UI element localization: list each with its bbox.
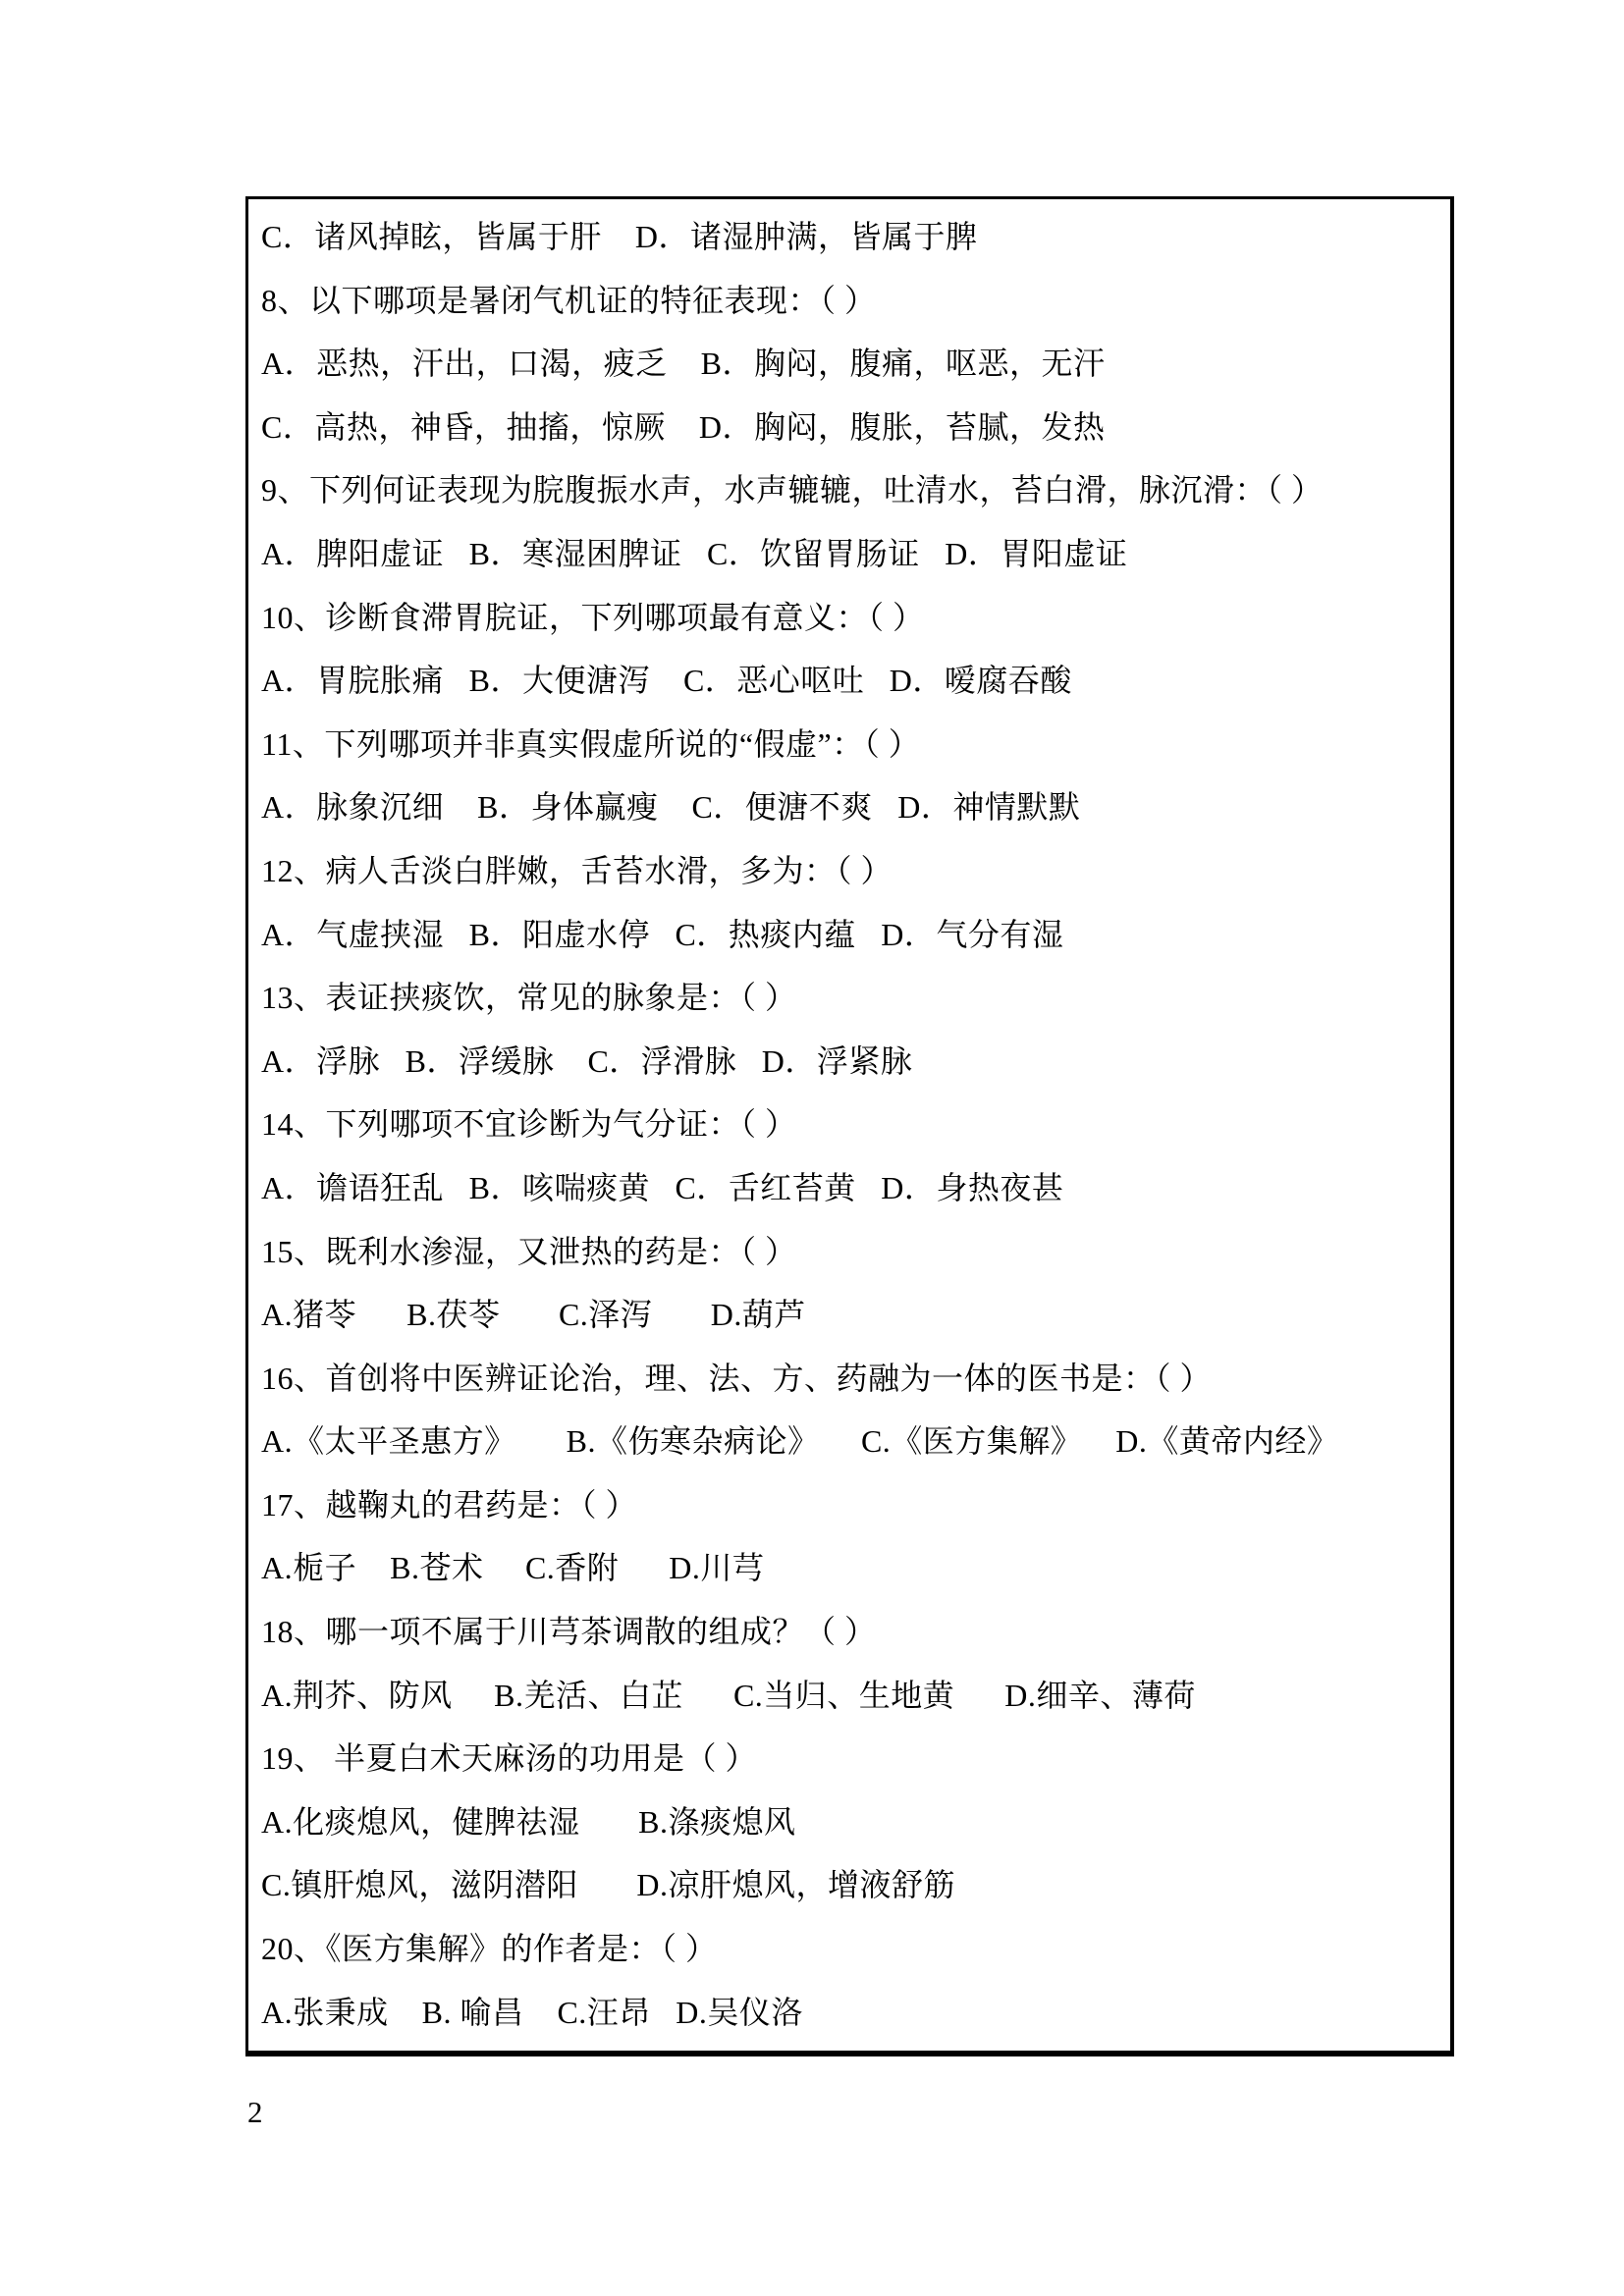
- text-line: 20、《医方集解》的作者是：（ ）: [261, 1917, 1446, 1981]
- text-line: C.镇肝熄风，滋阴潜阳 D.凉肝熄风，增液舒筋: [261, 1853, 1446, 1917]
- text-line: 19、 半夏白术天麻汤的功用是（ ）: [261, 1727, 1446, 1790]
- text-line: A．气虚挟湿 B．阳虚水停 C．热痰内蕴 D．气分有湿: [261, 903, 1446, 967]
- text-line: A．脾阳虚证 B．寒湿困脾证 C．饮留胃肠证 D．胃阳虚证: [261, 522, 1446, 586]
- text-lines: C．诸风掉眩，皆属于肝 D．诸湿肿满，皆属于脾8、以下哪项是暑闭气机证的特征表现…: [261, 205, 1446, 2044]
- text-line: A.荆芥、防风 B.羌活、白芷 C.当归、生地黄 D.细辛、薄荷: [261, 1664, 1446, 1728]
- page-number: 2: [247, 2095, 263, 2130]
- text-line: A.《太平圣惠方》 B.《伤寒杂病论》 C.《医方集解》 D.《黄帝内经》: [261, 1410, 1446, 1473]
- text-line: A.栀子 B.苍术 C.香附 D.川芎: [261, 1536, 1446, 1600]
- text-line: C．高热，神昏，抽搐，惊厥 D．胸闷，腹胀，苔腻，发热: [261, 396, 1446, 459]
- text-line: 10、诊断食滞胃脘证，下列哪项最有意义：（ ）: [261, 586, 1446, 650]
- text-line: 18、哪一项不属于川芎茶调散的组成？（ ）: [261, 1600, 1446, 1664]
- text-line: A.猪苓 B.茯苓 C.泽泻 D.葫芦: [261, 1283, 1446, 1347]
- text-line: 11、下列哪项并非真实假虚所说的“假虚”：（ ）: [261, 713, 1446, 776]
- text-line: 15、既利水渗湿，又泄热的药是：（ ）: [261, 1220, 1446, 1284]
- text-line: A．脉象沉细 B．身体赢瘦 C．便溏不爽 D．神情默默: [261, 775, 1446, 839]
- text-line: A．谵语狂乱 B．咳喘痰黄 C．舌红苔黄 D．身热夜甚: [261, 1156, 1446, 1220]
- text-line: 14、下列哪项不宜诊断为气分证：（ ）: [261, 1093, 1446, 1156]
- text-line: A.张秉成 B. 喻昌 C.汪昂 D.吴仪洛: [261, 1981, 1446, 2045]
- text-line: A.化痰熄风，健脾祛湿 B.涤痰熄风: [261, 1790, 1446, 1854]
- content-border-box: C．诸风掉眩，皆属于肝 D．诸湿肿满，皆属于脾8、以下哪项是暑闭气机证的特征表现…: [245, 196, 1454, 2056]
- text-line: 16、首创将中医辨证论治，理、法、方、药融为一体的医书是：（ ）: [261, 1347, 1446, 1411]
- page: C．诸风掉眩，皆属于肝 D．诸湿肿满，皆属于脾8、以下哪项是暑闭气机证的特征表现…: [0, 0, 1624, 2296]
- text-line: C．诸风掉眩，皆属于肝 D．诸湿肿满，皆属于脾: [261, 205, 1446, 269]
- text-line: 17、越鞠丸的君药是：（ ）: [261, 1473, 1446, 1537]
- text-line: 8、以下哪项是暑闭气机证的特征表现：（ ）: [261, 269, 1446, 333]
- text-line: A．恶热，汗出，口渴，疲乏 B．胸闷，腹痛，呕恶，无汗: [261, 332, 1446, 396]
- text-line: 13、表证挟痰饮，常见的脉象是：（ ）: [261, 966, 1446, 1030]
- text-line: A．浮脉 B．浮缓脉 C．浮滑脉 D．浮紧脉: [261, 1030, 1446, 1094]
- text-line: 12、病人舌淡白胖嫩，舌苔水滑，多为：（ ）: [261, 839, 1446, 903]
- text-line: 9、下列何证表现为脘腹振水声，水声辘辘，吐清水，苔白滑，脉沉滑：（ ）: [261, 458, 1446, 522]
- text-line: A．胃脘胀痛 B．大便溏泻 C．恶心呕吐 D．嗳腐吞酸: [261, 649, 1446, 713]
